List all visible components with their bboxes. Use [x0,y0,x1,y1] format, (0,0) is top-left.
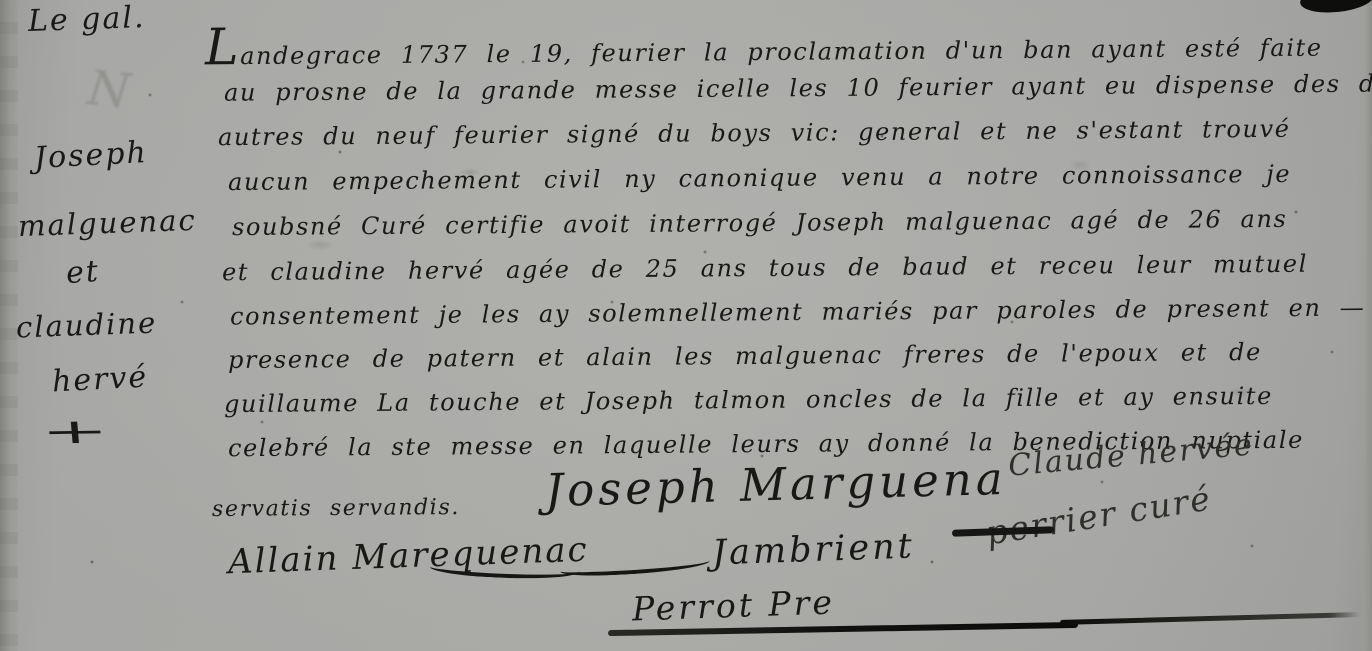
record-line-5: soubsné Curé certifie avoit interrogé Jo… [232,205,1288,241]
flourish-bottom-tail [1060,612,1360,625]
margin-conjunction: et [65,254,101,291]
signature-perrier-cure: perrier curé [983,478,1214,552]
margin-heading: Le gal. [27,0,146,39]
margin-bride-first-name: claudine [15,306,157,345]
margin-groom-last-name: malguenac [17,203,197,243]
signature-jambrient: Jambrient [711,526,915,573]
margin-groom-first-name: Joseph [33,135,148,176]
signature-joseph-marguena: Joseph Marguena [544,452,1007,517]
record-line-2: au prosne de la grande messe icelle les … [224,69,1372,106]
record-line-4: aucun empechement civil ny canonique ven… [228,160,1291,196]
record-line-7: consentement je les ay solemnellement ma… [230,294,1365,331]
ghost-bleedthrough-mark: N [85,60,133,120]
record-line-3: autres du neuf feurier signé du boys vic… [218,115,1291,151]
record-line-6: et claudine hervé agée de 25 ans tous de… [222,250,1308,287]
record-line-9: guillaume La touche et Joseph talmon onc… [224,382,1273,418]
record-line-11: servatis servandis. [212,495,460,522]
margin-cross-mark: + [39,411,116,452]
record-line-8: presence de patern et alain les malguena… [228,338,1262,374]
margin-bride-last-name: hervé [51,360,149,400]
record-line-1: Landegrace 1737 le 19, feurier la procla… [205,24,1323,71]
signature-perrot-pre: Perrot Pre [631,582,835,628]
manuscript-page: Le gal. N Joseph malguenac et claudine h… [0,0,1372,651]
